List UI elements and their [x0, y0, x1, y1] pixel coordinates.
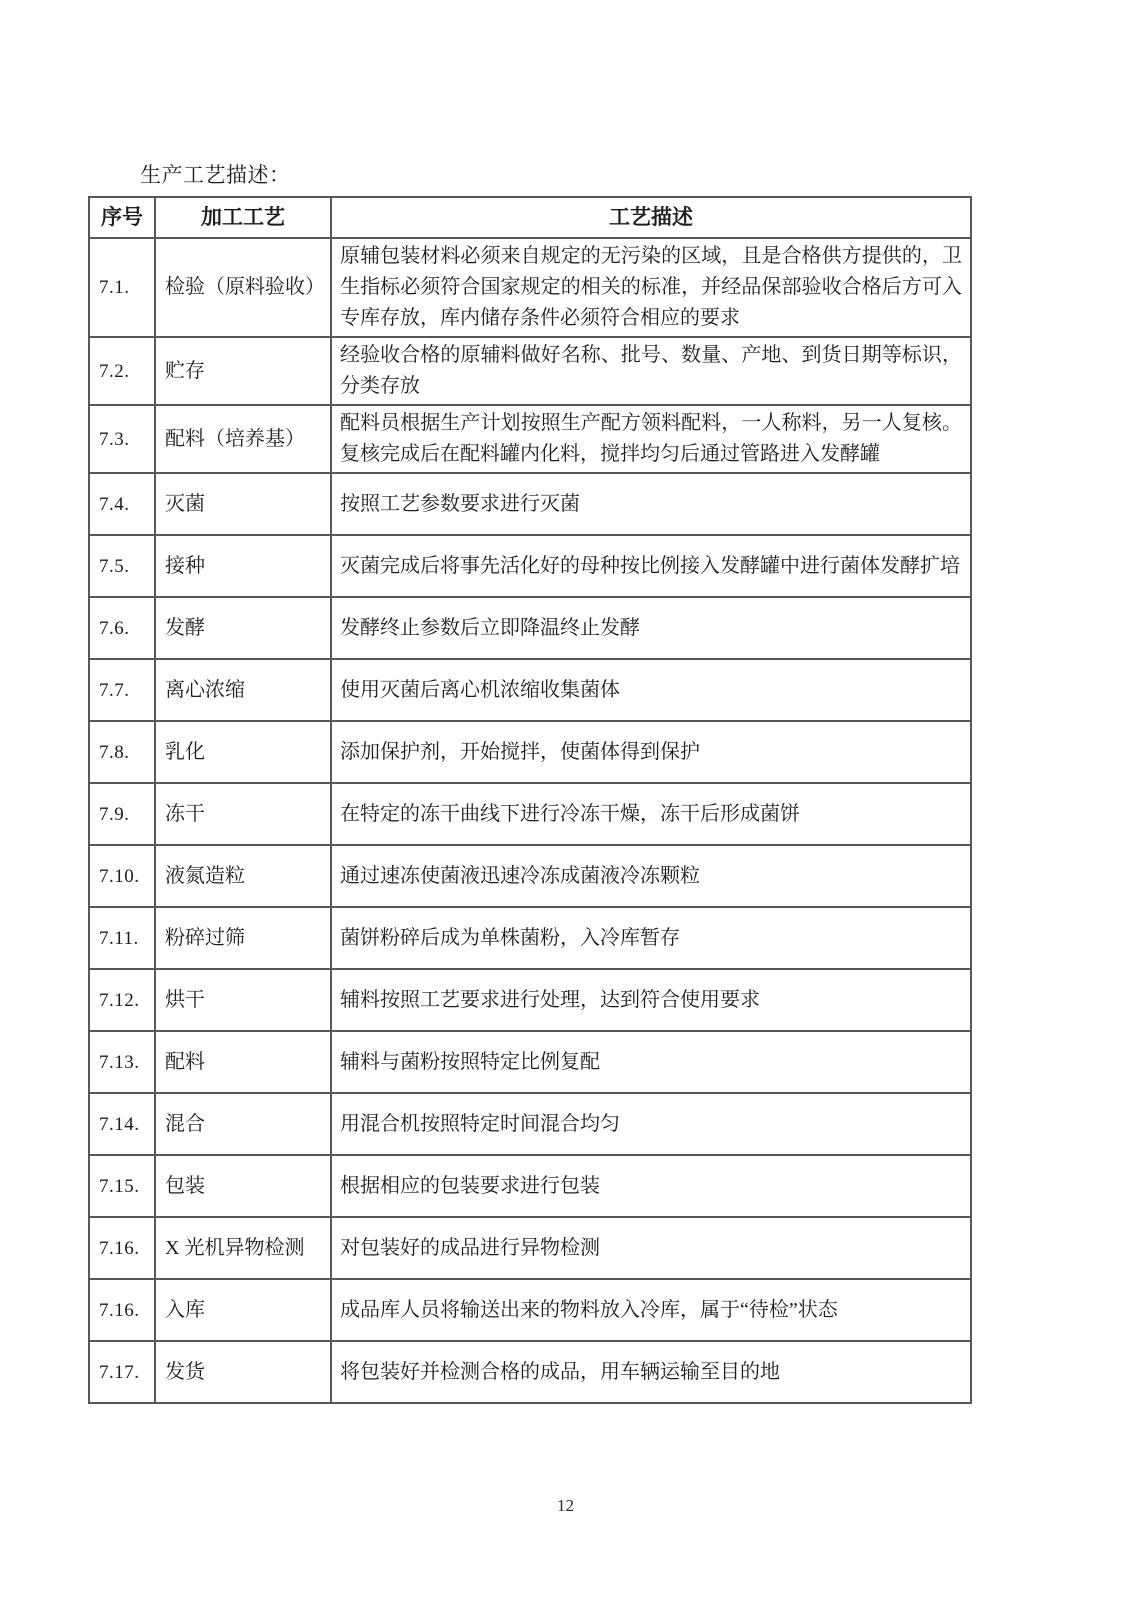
column-header-no: 序号 — [89, 197, 155, 238]
row-number-cell: 7.11. — [89, 907, 155, 969]
table-row: 7.11. 粉碎过筛 菌饼粉碎后成为单株菌粉，入冷库暂存 — [89, 907, 971, 969]
process-name-cell: 配料 — [155, 1031, 331, 1093]
process-description-cell: 灭菌完成后将事先活化好的母种按比例接入发酵罐中进行菌体发酵扩培 — [331, 535, 971, 597]
process-name-cell: 发酵 — [155, 597, 331, 659]
process-description-cell: 原辅包装材料必须来自规定的无污染的区域，且是合格供方提供的，卫生指标必须符合国家… — [331, 238, 971, 337]
process-description-cell: 用混合机按照特定时间混合均匀 — [331, 1093, 971, 1155]
process-name-cell: 配料（培养基） — [155, 405, 331, 473]
process-name-cell: 发货 — [155, 1341, 331, 1403]
table-row: 7.16. X 光机异物检测 对包装好的成品进行异物检测 — [89, 1217, 971, 1279]
process-name-cell: 混合 — [155, 1093, 331, 1155]
row-number-cell: 7.12. — [89, 969, 155, 1031]
row-number-cell: 7.16. — [89, 1279, 155, 1341]
column-header-process: 加工工艺 — [155, 197, 331, 238]
process-description-cell: 在特定的冻干曲线下进行冷冻干燥，冻干后形成菌饼 — [331, 783, 971, 845]
process-description-cell: 菌饼粉碎后成为单株菌粉，入冷库暂存 — [331, 907, 971, 969]
process-description-cell: 对包装好的成品进行异物检测 — [331, 1217, 971, 1279]
process-name-cell: 贮存 — [155, 337, 331, 405]
table-row: 7.7. 离心浓缩 使用灭菌后离心机浓缩收集菌体 — [89, 659, 971, 721]
process-description-cell: 添加保护剂，开始搅拌，使菌体得到保护 — [331, 721, 971, 783]
process-description-cell: 辅料与菌粉按照特定比例复配 — [331, 1031, 971, 1093]
row-number-cell: 7.5. — [89, 535, 155, 597]
process-description-cell: 通过速冻使菌液迅速冷冻成菌液冷冻颗粒 — [331, 845, 971, 907]
table-row: 7.5. 接种 灭菌完成后将事先活化好的母种按比例接入发酵罐中进行菌体发酵扩培 — [89, 535, 971, 597]
process-name-cell: 粉碎过筛 — [155, 907, 331, 969]
row-number-cell: 7.16. — [89, 1217, 155, 1279]
row-number-cell: 7.13. — [89, 1031, 155, 1093]
table-row: 7.13. 配料 辅料与菌粉按照特定比例复配 — [89, 1031, 971, 1093]
table-header-row: 序号 加工工艺 工艺描述 — [89, 197, 971, 238]
table-row: 7.4. 灭菌 按照工艺参数要求进行灭菌 — [89, 473, 971, 535]
table-row: 7.1. 检验（原料验收） 原辅包装材料必须来自规定的无污染的区域，且是合格供方… — [89, 238, 971, 337]
row-number-cell: 7.3. — [89, 405, 155, 473]
process-name-cell: 冻干 — [155, 783, 331, 845]
row-number-cell: 7.10. — [89, 845, 155, 907]
row-number-cell: 7.1. — [89, 238, 155, 337]
process-name-cell: 乳化 — [155, 721, 331, 783]
process-description-cell: 辅料按照工艺要求进行处理，达到符合使用要求 — [331, 969, 971, 1031]
process-description-cell: 按照工艺参数要求进行灭菌 — [331, 473, 971, 535]
table-row: 7.16. 入库 成品库人员将输送出来的物料放入冷库，属于“待检”状态 — [89, 1279, 971, 1341]
table-row: 7.3. 配料（培养基） 配料员根据生产计划按照生产配方领料配料，一人称料，另一… — [89, 405, 971, 473]
section-title: 生产工艺描述： — [140, 159, 291, 189]
page-number: 12 — [0, 1496, 1131, 1516]
table-row: 7.9. 冻干 在特定的冻干曲线下进行冷冻干燥，冻干后形成菌饼 — [89, 783, 971, 845]
process-name-cell: 检验（原料验收） — [155, 238, 331, 337]
table-row: 7.12. 烘干 辅料按照工艺要求进行处理，达到符合使用要求 — [89, 969, 971, 1031]
table-row: 7.2. 贮存 经验收合格的原辅料做好名称、批号、数量、产地、到货日期等标识，分… — [89, 337, 971, 405]
process-table: 序号 加工工艺 工艺描述 7.1. 检验（原料验收） 原辅包装材料必须来自规定的… — [88, 196, 972, 1404]
row-number-cell: 7.6. — [89, 597, 155, 659]
process-name-cell: 接种 — [155, 535, 331, 597]
row-number-cell: 7.4. — [89, 473, 155, 535]
table-row: 7.10. 液氮造粒 通过速冻使菌液迅速冷冻成菌液冷冻颗粒 — [89, 845, 971, 907]
table-row: 7.8. 乳化 添加保护剂，开始搅拌，使菌体得到保护 — [89, 721, 971, 783]
row-number-cell: 7.14. — [89, 1093, 155, 1155]
process-name-cell: 烘干 — [155, 969, 331, 1031]
process-description-cell: 将包装好并检测合格的成品，用车辆运输至目的地 — [331, 1341, 971, 1403]
row-number-cell: 7.15. — [89, 1155, 155, 1217]
table-row: 7.6. 发酵 发酵终止参数后立即降温终止发酵 — [89, 597, 971, 659]
table-row: 7.14. 混合 用混合机按照特定时间混合均匀 — [89, 1093, 971, 1155]
process-name-cell: 离心浓缩 — [155, 659, 331, 721]
process-description-cell: 经验收合格的原辅料做好名称、批号、数量、产地、到货日期等标识，分类存放 — [331, 337, 971, 405]
process-description-cell: 发酵终止参数后立即降温终止发酵 — [331, 597, 971, 659]
row-number-cell: 7.7. — [89, 659, 155, 721]
process-name-cell: 入库 — [155, 1279, 331, 1341]
process-name-cell: 液氮造粒 — [155, 845, 331, 907]
process-description-cell: 根据相应的包装要求进行包装 — [331, 1155, 971, 1217]
table-row: 7.15. 包装 根据相应的包装要求进行包装 — [89, 1155, 971, 1217]
process-name-cell: 包装 — [155, 1155, 331, 1217]
row-number-cell: 7.17. — [89, 1341, 155, 1403]
process-description-cell: 配料员根据生产计划按照生产配方领料配料，一人称料，另一人复核。复核完成后在配料罐… — [331, 405, 971, 473]
row-number-cell: 7.2. — [89, 337, 155, 405]
process-description-cell: 使用灭菌后离心机浓缩收集菌体 — [331, 659, 971, 721]
process-name-cell: 灭菌 — [155, 473, 331, 535]
process-table-body: 7.1. 检验（原料验收） 原辅包装材料必须来自规定的无污染的区域，且是合格供方… — [89, 238, 971, 1403]
process-description-cell: 成品库人员将输送出来的物料放入冷库，属于“待检”状态 — [331, 1279, 971, 1341]
column-header-description: 工艺描述 — [331, 197, 971, 238]
process-name-cell: X 光机异物检测 — [155, 1217, 331, 1279]
table-row: 7.17. 发货 将包装好并检测合格的成品，用车辆运输至目的地 — [89, 1341, 971, 1403]
row-number-cell: 7.8. — [89, 721, 155, 783]
row-number-cell: 7.9. — [89, 783, 155, 845]
